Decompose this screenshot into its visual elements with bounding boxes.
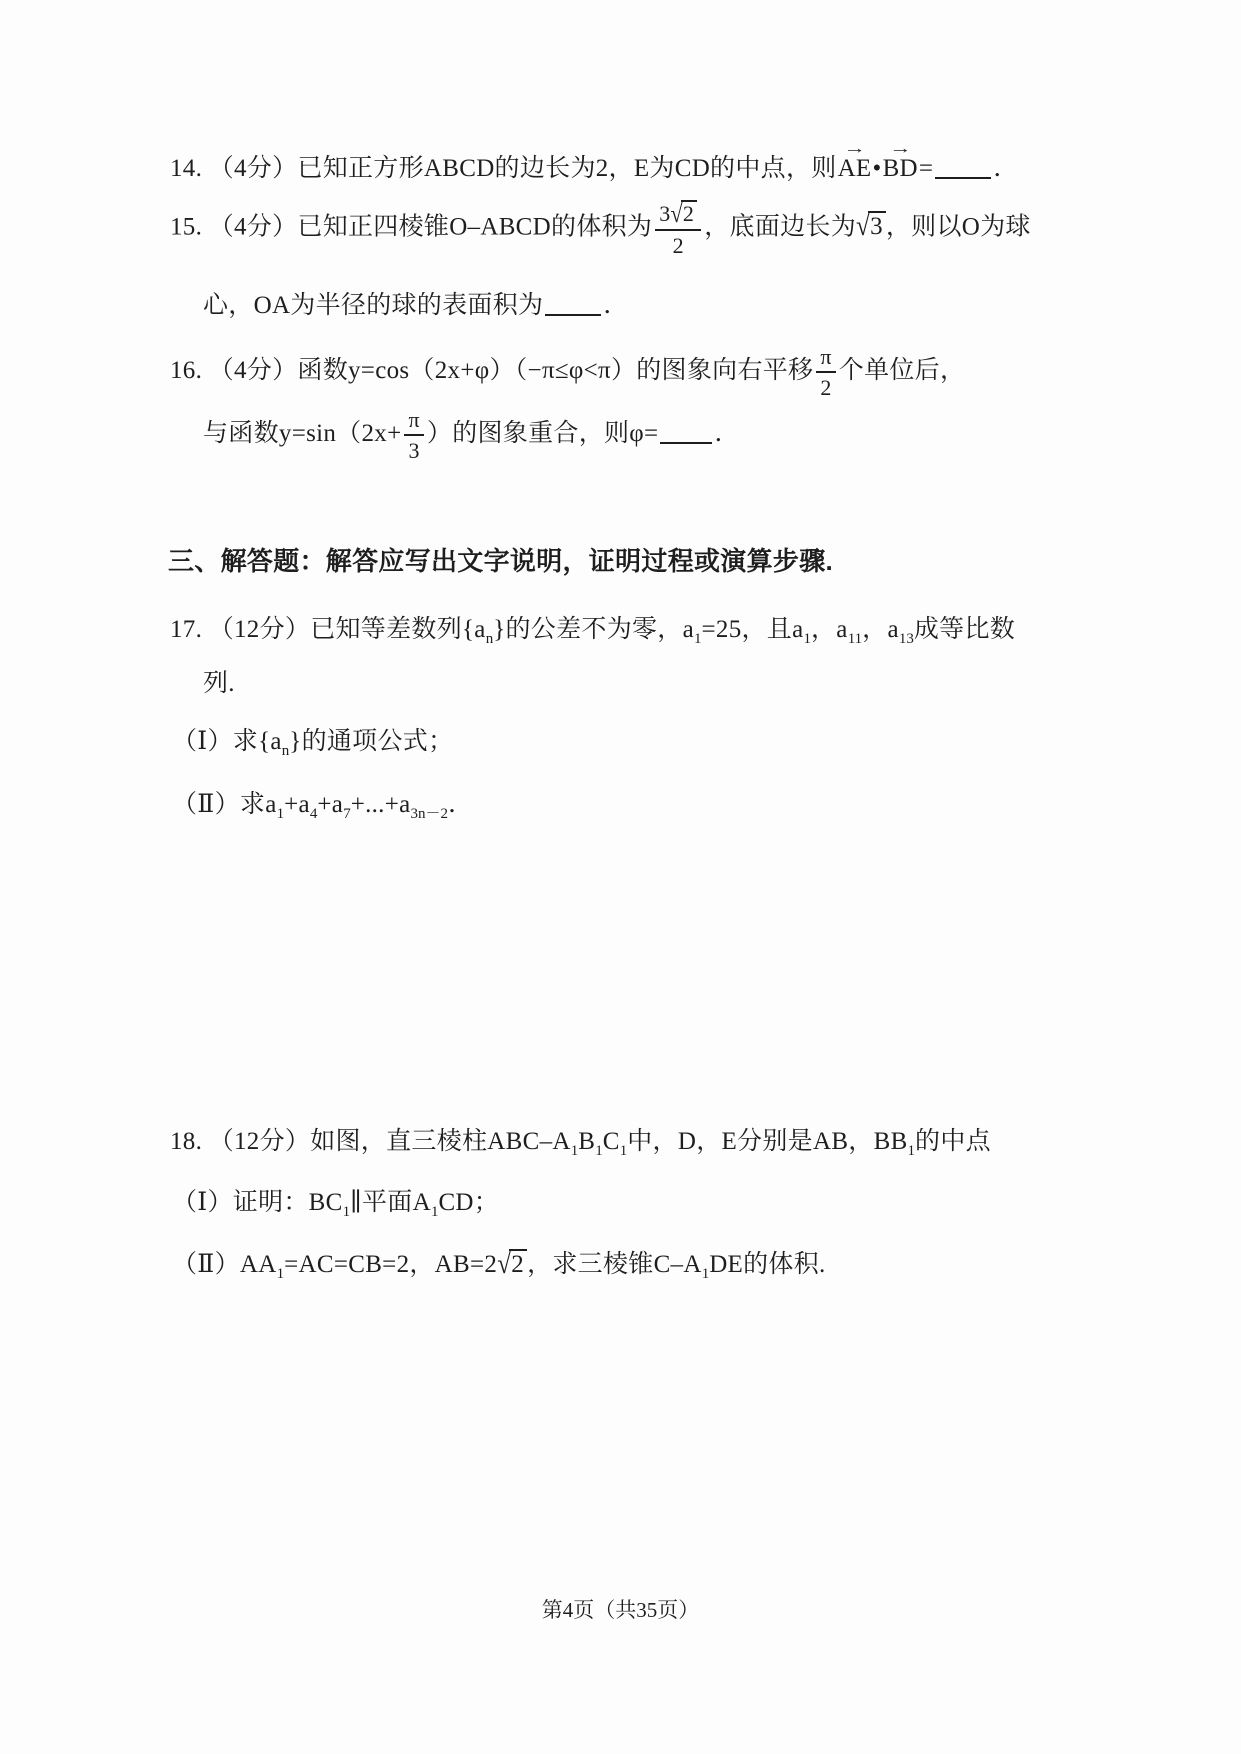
question-17-part-1: （Ⅰ）求{an}的通项公式； — [172, 724, 453, 769]
question-18-part-1: （Ⅰ）证明：BC1∥平面A1CD； — [172, 1185, 499, 1230]
question-17-line-1: 17. （12分）已知等差数列{an}的公差不为零，a1=25，且a1，a11，… — [170, 612, 1015, 657]
question-17-part-2: （Ⅱ）求a1+a4+a7+...+a3n－2． — [172, 787, 473, 832]
text-run: ，底面边长为 — [704, 213, 856, 240]
text-run: }的通项公式； — [289, 728, 453, 755]
text-run: =25，且a — [702, 616, 804, 643]
question-18-part-2: （Ⅱ）AA1=AC=CB=2，AB=2√2，求三棱锥C–A1DE的体积. — [172, 1247, 826, 1292]
vector-arrow-icon: → — [829, 145, 880, 156]
sqrt-expression: √2 — [671, 200, 698, 226]
text-run: ． — [603, 292, 628, 319]
exam-page: 14. （4分）已知正方形ABCD的边长为2，E为CD的中点，则→AE•→BD=… — [0, 0, 1241, 1754]
fraction-numerator: π — [404, 408, 423, 434]
radical-sign-icon: √ — [856, 211, 870, 243]
question-17-line-2: 列. — [203, 666, 235, 702]
text-run: 个单位后， — [839, 357, 966, 384]
text-run: ． — [714, 420, 739, 447]
radical-sign-icon: √ — [671, 200, 683, 228]
fraction: π2 — [816, 345, 835, 399]
answer-blank — [545, 314, 601, 316]
subscript: 1 — [277, 1266, 285, 1282]
answer-blank — [935, 177, 991, 179]
text-run: +a — [284, 791, 310, 818]
fraction-numerator: π — [816, 345, 835, 371]
vector-notation: →BD — [883, 145, 918, 181]
text-run: ，则以O为球 — [886, 213, 1031, 240]
text-run: DE的体积. — [709, 1251, 825, 1278]
vector-notation: →AE — [838, 145, 872, 181]
page-footer: 第4页（共35页） — [0, 1596, 1241, 1624]
text-run: }的公差不为零，a — [493, 616, 694, 643]
text-run: 成等比数 — [914, 616, 1015, 643]
text-run: +a — [317, 791, 343, 818]
fraction-denominator: 3 — [404, 434, 423, 462]
text-run: +...+a — [351, 791, 411, 818]
text-run: • — [873, 155, 882, 182]
text-run: π — [408, 407, 419, 432]
text-run: 列. — [203, 670, 235, 697]
text-run: 心，OA为半径的球的表面积为 — [203, 292, 543, 319]
question-14-line-1: 14. （4分）已知正方形ABCD的边长为2，E为CD的中点，则→AE•→BD=… — [170, 145, 1019, 187]
text-run: 的中点 — [915, 1128, 991, 1155]
text-run: B — [578, 1128, 595, 1155]
text-run: =AC=CB=2，AB=2 — [284, 1251, 497, 1278]
text-run: 15. （4分）已知正四棱锥O–ABCD的体积为 — [170, 213, 652, 240]
text-run: π — [820, 344, 831, 369]
sqrt-expression: √2 — [497, 1249, 527, 1279]
radicand: 2 — [509, 1249, 527, 1279]
text-run: 3 — [409, 438, 420, 463]
subscript: 3n－2 — [411, 806, 449, 822]
question-15-line-1: 15. （4分）已知正四棱锥O–ABCD的体积为3√22，底面边长为√3，则以O… — [170, 200, 1031, 257]
vector-arrow-icon: → — [874, 145, 927, 156]
vector-base: AE — [838, 156, 872, 181]
question-18-line-1: 18. （12分）如图，直三棱柱ABC–A1B1C1中，D，E分别是AB，BB1… — [170, 1124, 991, 1169]
fraction-denominator: 2 — [655, 229, 701, 257]
subscript: 13 — [899, 631, 914, 647]
text-run: 18. （12分）如图，直三棱柱ABC–A — [170, 1128, 571, 1155]
subscript: 1 — [595, 1143, 603, 1159]
vector-base: BD — [883, 156, 918, 181]
subscript: 11 — [848, 631, 862, 647]
text-run: （Ⅱ）AA — [172, 1251, 277, 1278]
text-run: ，a — [811, 616, 848, 643]
radical-sign-icon: √ — [497, 1249, 511, 1281]
subscript: 7 — [343, 806, 351, 822]
text-run: （Ⅰ）证明：BC — [172, 1189, 343, 1216]
subscript: 1 — [804, 631, 812, 647]
text-run: ，求三棱锥C–A — [527, 1251, 702, 1278]
question-15-line-2: 心，OA为半径的球的表面积为． — [203, 288, 629, 324]
text-run: = — [919, 155, 933, 182]
text-run: ，a — [862, 616, 899, 643]
text-run: 17. （12分）已知等差数列{a — [170, 616, 486, 643]
subscript: 1 — [694, 631, 702, 647]
text-run: 14. （4分）已知正方形ABCD的边长为2，E为CD的中点，则 — [170, 155, 837, 182]
text-run: 3 — [659, 201, 670, 226]
text-run: 16. （4分）函数y=cos（2x+φ）（−π≤φ<π）的图象向右平移 — [170, 357, 813, 384]
text-run: 与函数y=sin（2x+ — [203, 420, 401, 447]
text-run: ． — [448, 791, 473, 818]
text-run: （Ⅱ）求a — [172, 791, 277, 818]
fraction: π3 — [404, 408, 423, 462]
sqrt-expression: √3 — [856, 211, 886, 241]
text-run: ）的图象重合，则φ= — [427, 420, 659, 447]
text-run: CD； — [438, 1189, 499, 1216]
text-run: ． — [993, 155, 1018, 182]
subscript: 1 — [908, 1143, 916, 1159]
question-16-line-1: 16. （4分）函数y=cos（2x+φ）（−π≤φ<π）的图象向右平移π2个单… — [170, 345, 965, 399]
answer-blank — [660, 442, 712, 444]
fraction-numerator: 3√2 — [655, 200, 701, 229]
radicand: 2 — [681, 200, 697, 226]
text-run: （Ⅰ）求{a — [172, 728, 282, 755]
text-run: 2 — [673, 233, 684, 258]
subscript: 1 — [277, 806, 285, 822]
question-16-line-2: 与函数y=sin（2x+π3）的图象重合，则φ=． — [203, 408, 740, 462]
text-run: ∥平面A — [350, 1189, 431, 1216]
text-run: 2 — [820, 375, 831, 400]
text-run: 中，D，E分别是AB，BB — [627, 1128, 907, 1155]
radicand: 3 — [868, 211, 886, 241]
fraction: 3√22 — [655, 200, 701, 257]
section-3-header: 三、解答题：解答应写出文字说明，证明过程或演算步骤. — [168, 543, 833, 579]
text-run: C — [603, 1128, 620, 1155]
fraction-denominator: 2 — [816, 371, 835, 399]
